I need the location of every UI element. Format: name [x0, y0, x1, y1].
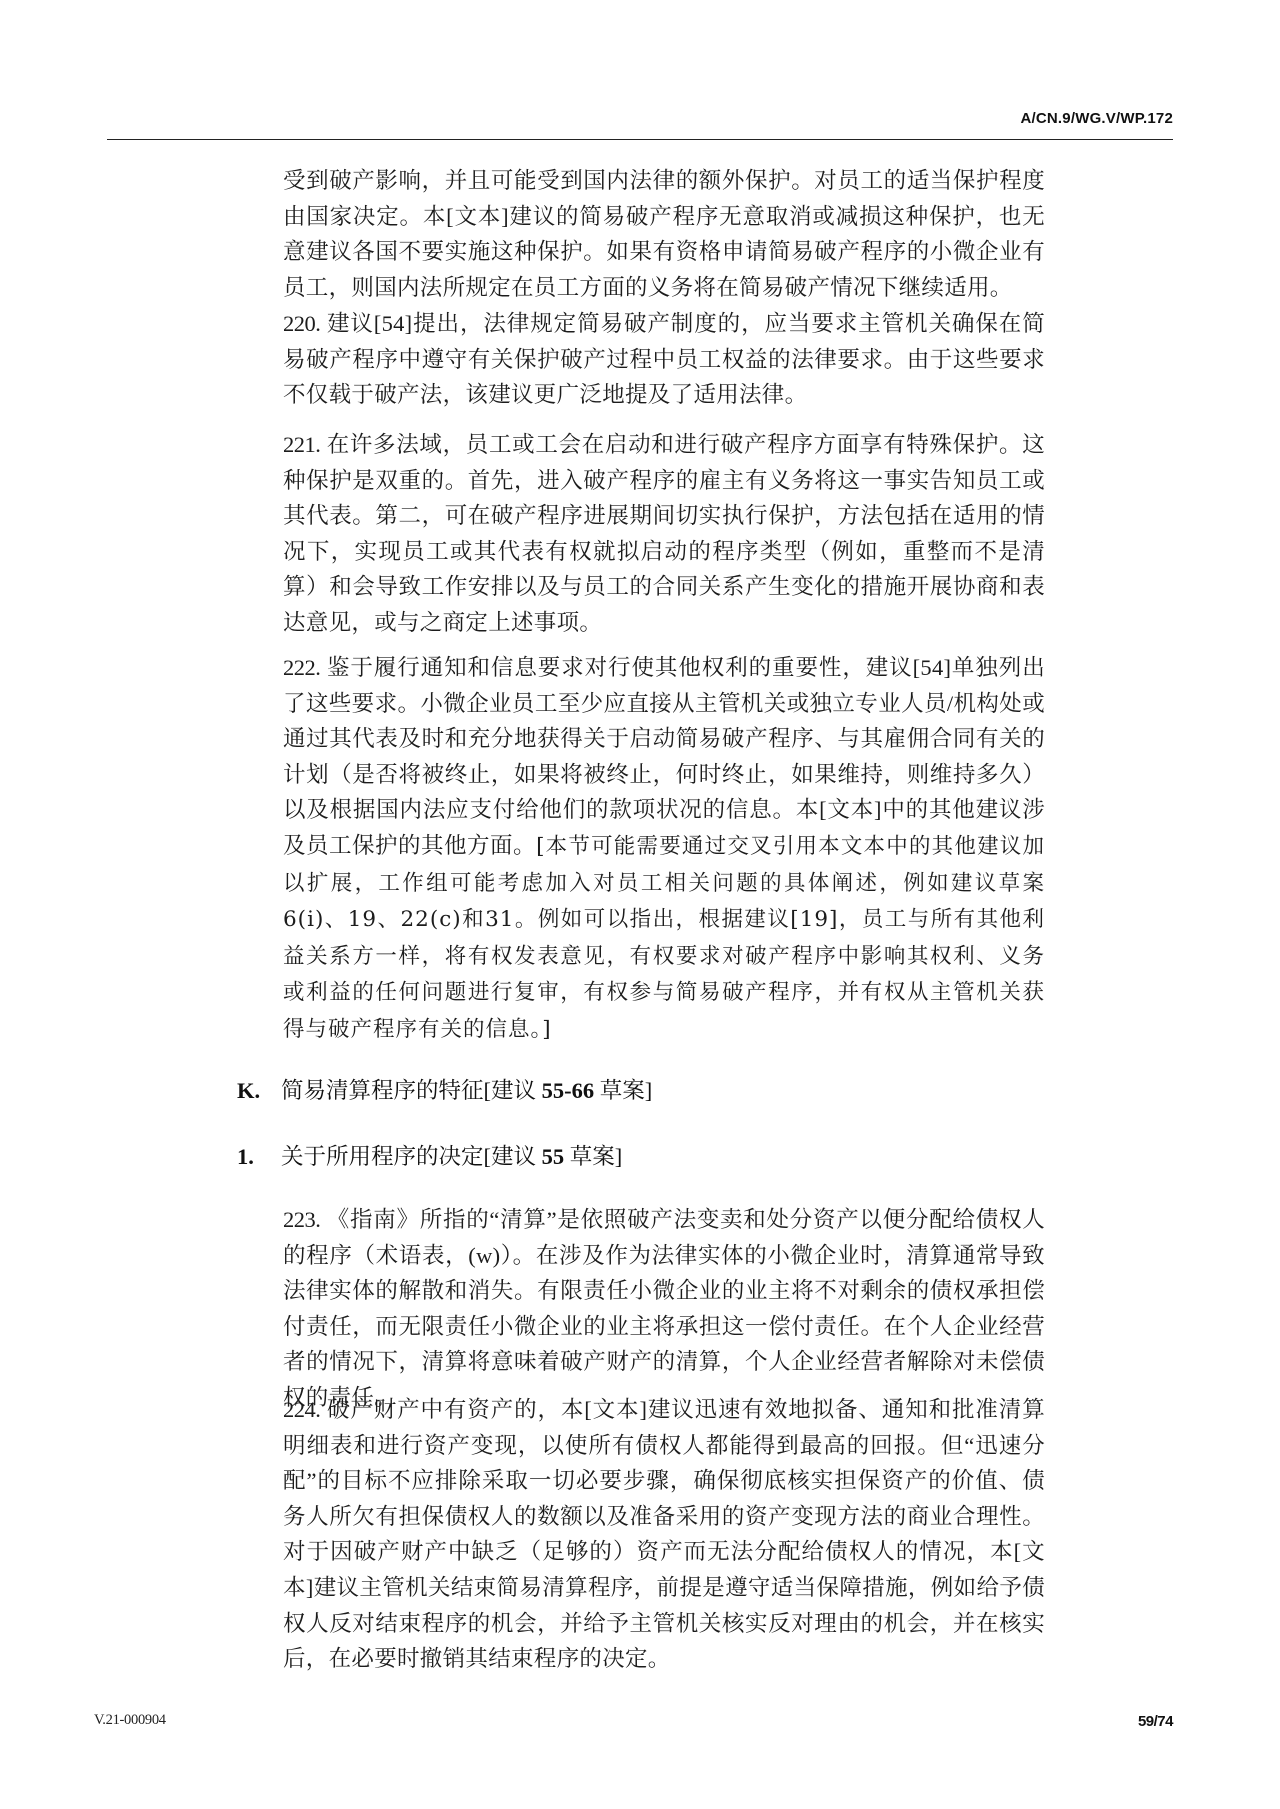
subsection-heading-1: 1. 关于所用程序的决定[建议 55 草案]: [237, 1139, 622, 1171]
paragraph-number: 222.: [283, 655, 320, 680]
subsection-title-suffix: 草案]: [564, 1144, 622, 1169]
section-title: 简易清算程序的特征[建议 55-66 草案]: [281, 1073, 652, 1105]
document-symbol: A/CN.9/WG.V/WP.172: [1020, 110, 1173, 127]
paragraph-text: 在许多法域，员工或工会在启动和进行破产程序方面享有特殊保护。这种保护是双重的。首…: [283, 432, 1045, 635]
paragraph-number: 223.: [283, 1207, 320, 1232]
section-title-range: 55-66: [542, 1078, 595, 1103]
paragraph-221: 221. 在许多法域，员工或工会在启动和进行破产程序方面享有特殊保护。这种保护是…: [283, 427, 1045, 641]
paragraph-number: 220.: [283, 311, 320, 336]
header-divider: [107, 139, 1173, 140]
subsection-title-prefix: 关于所用程序的决定[建议: [281, 1144, 542, 1169]
job-number: V.21-000904: [94, 1712, 166, 1729]
paragraph-223-block: 223. 《指南》所指的“清算”是依照破产法变卖和处分资产以便分配给债权人的程序…: [283, 1202, 1045, 1416]
paragraph-224-block: 224. 破产财产中有资产的，本[文本]建议迅速有效地拟备、通知和批准清算明细表…: [283, 1392, 1045, 1677]
paragraph-text: 鉴于履行通知和信息要求对行使其他权利的重要性，建议[54]单独列出了这些要求。小…: [283, 655, 1045, 858]
paragraph-224: 224. 破产财产中有资产的，本[文本]建议迅速有效地拟备、通知和批准清算明细表…: [283, 1392, 1045, 1677]
subsection-title: 关于所用程序的决定[建议 55 草案]: [281, 1139, 622, 1171]
paragraph-number: 224.: [283, 1397, 320, 1422]
paragraph-220-block: 220. 建议[54]提出，法律规定简易破产制度的，应当要求主管机关确保在简易破…: [283, 306, 1045, 413]
section-title-suffix: 草案]: [594, 1078, 652, 1103]
editorial-note: [本节可能需要通过交叉引用本文本中的其他建议加以扩展，工作组可能考虑加入对员工相…: [283, 834, 1045, 1042]
paragraph-221-block: 221. 在许多法域，员工或工会在启动和进行破产程序方面享有特殊保护。这种保护是…: [283, 427, 1045, 641]
section-heading-k: K. 简易清算程序的特征[建议 55-66 草案]: [237, 1073, 652, 1105]
section-label: K.: [237, 1078, 281, 1104]
paragraph-223: 223. 《指南》所指的“清算”是依照破产法变卖和处分资产以便分配给债权人的程序…: [283, 1202, 1045, 1416]
paragraph-text: 《指南》所指的“清算”是依照破产法变卖和处分资产以便分配给债权人的程序（术语表，…: [283, 1207, 1045, 1410]
continuation-paragraph-block: 受到破产影响，并且可能受到国内法律的额外保护。对员工的适当保护程度由国家决定。本…: [283, 163, 1045, 305]
subsection-label: 1.: [237, 1144, 281, 1170]
paragraph-222: 222. 鉴于履行通知和信息要求对行使其他权利的重要性，建议[54]单独列出了这…: [283, 650, 1045, 1048]
section-title-prefix: 简易清算程序的特征[建议: [281, 1078, 542, 1103]
paragraph-220: 220. 建议[54]提出，法律规定简易破产制度的，应当要求主管机关确保在简易破…: [283, 306, 1045, 413]
paragraph-222-block: 222. 鉴于履行通知和信息要求对行使其他权利的重要性，建议[54]单独列出了这…: [283, 650, 1045, 1048]
continuation-paragraph: 受到破产影响，并且可能受到国内法律的额外保护。对员工的适当保护程度由国家决定。本…: [283, 163, 1045, 305]
paragraph-text: 破产财产中有资产的，本[文本]建议迅速有效地拟备、通知和批准清算明细表和进行资产…: [283, 1397, 1045, 1671]
subsection-title-range: 55: [542, 1144, 565, 1169]
page-number: 59/74: [1138, 1713, 1173, 1730]
paragraph-text: 建议[54]提出，法律规定简易破产制度的，应当要求主管机关确保在简易破产程序中遵…: [283, 311, 1045, 407]
paragraph-number: 221.: [283, 432, 320, 457]
